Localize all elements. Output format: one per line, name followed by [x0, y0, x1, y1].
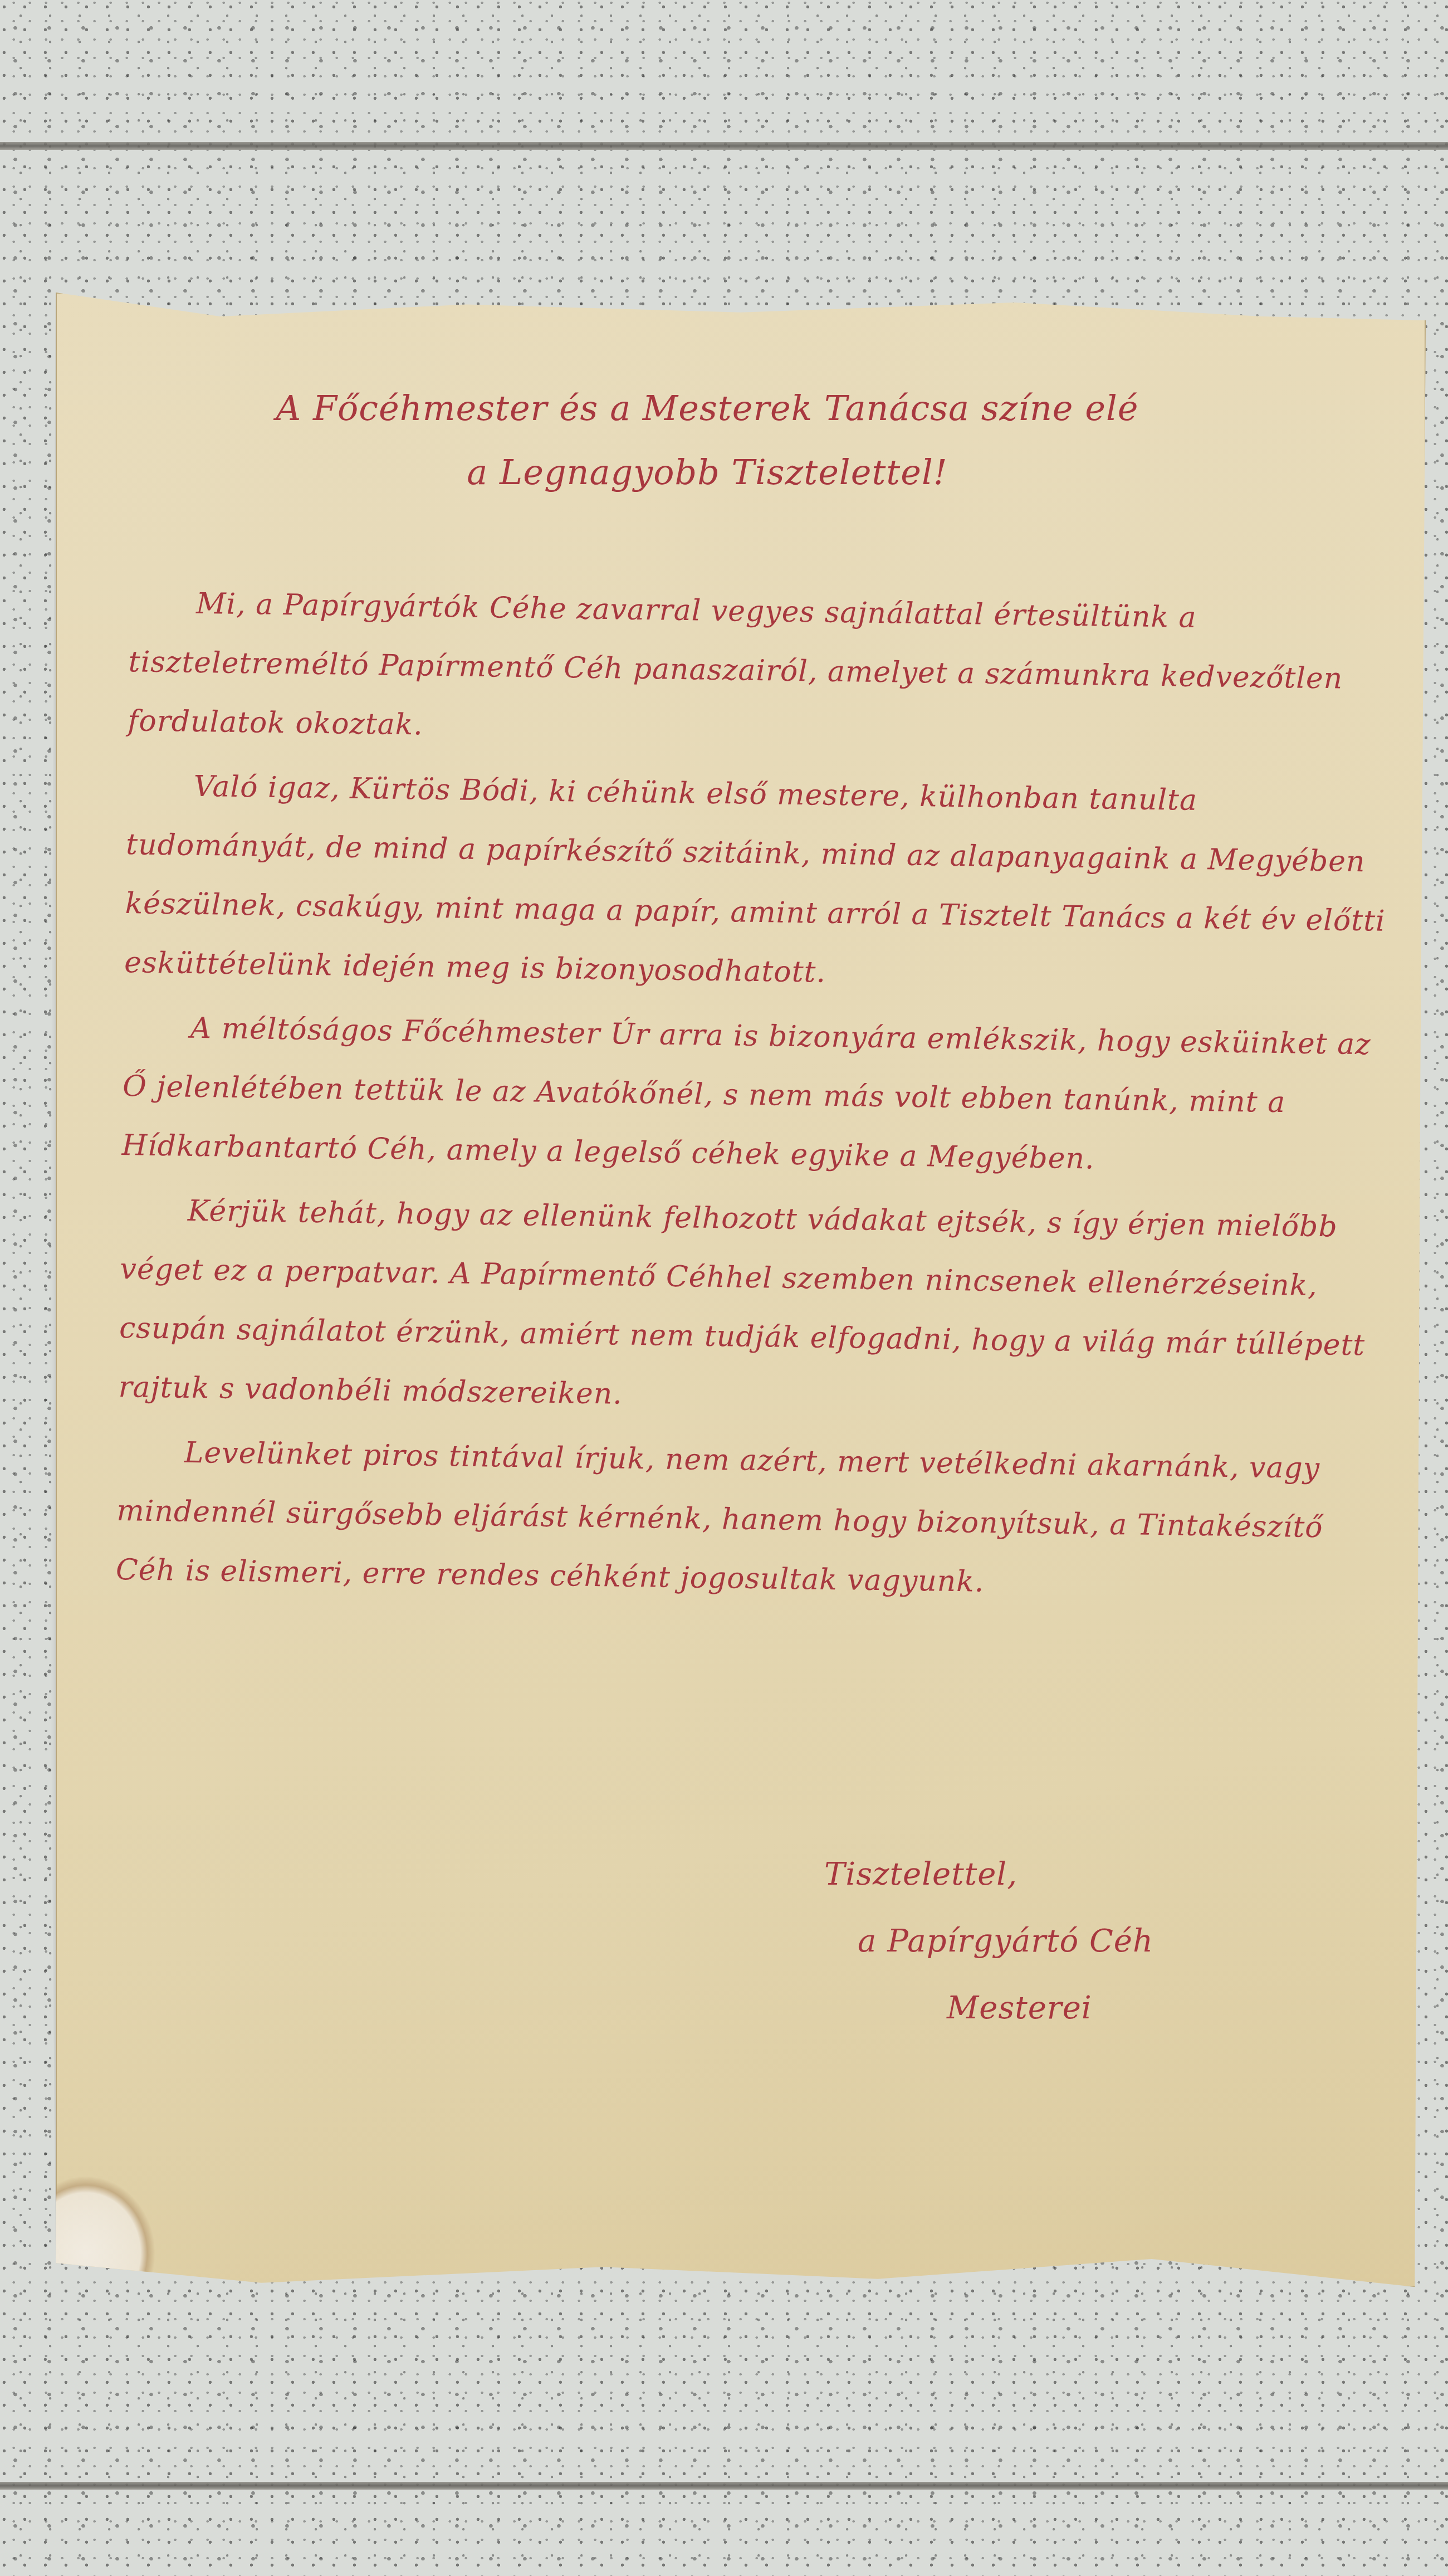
paragraph-3: A méltóságos Főcéhmester Úr arra is bizo…	[121, 998, 1393, 1193]
paragraph-2: Való igaz, Kürtös Bódi, ki céhünk első m…	[124, 756, 1397, 1010]
tile-seam-bottom	[0, 2482, 1448, 2490]
signature-line-1: a Papírgyártó Céh	[824, 1908, 1153, 1975]
heading-line-1: A Főcéhmester és a Mesterek Tanácsa szín…	[178, 376, 1236, 440]
letter-heading: A Főcéhmester és a Mesterek Tanácsa szín…	[178, 376, 1236, 504]
ink-dot	[1033, 2304, 1042, 2312]
paragraph-4: Kérjük tehát, hogy az ellenünk felhozott…	[118, 1180, 1391, 1435]
paragraph-5: Levelünket piros tintával írjuk, nem azé…	[115, 1422, 1387, 1617]
letter-paper: A Főcéhmester és a Mesterek Tanácsa szín…	[56, 292, 1426, 2287]
signature-line-2: Mesterei	[824, 1975, 1153, 2042]
letter-closing: Tisztelettel, a Papírgyártó Céh Mesterei	[824, 1841, 1153, 2042]
heading-line-2: a Legnagyobb Tisztelettel!	[178, 440, 1236, 504]
paragraph-1: Mi, a Papírgyártók Céhe zavarral vegyes …	[128, 573, 1400, 768]
closing-salutation: Tisztelettel,	[824, 1841, 1153, 1908]
water-stain	[56, 2175, 156, 2287]
letter-body: Mi, a Papírgyártók Céhe zavarral vegyes …	[115, 573, 1400, 1623]
tile-seam-top	[0, 142, 1448, 150]
